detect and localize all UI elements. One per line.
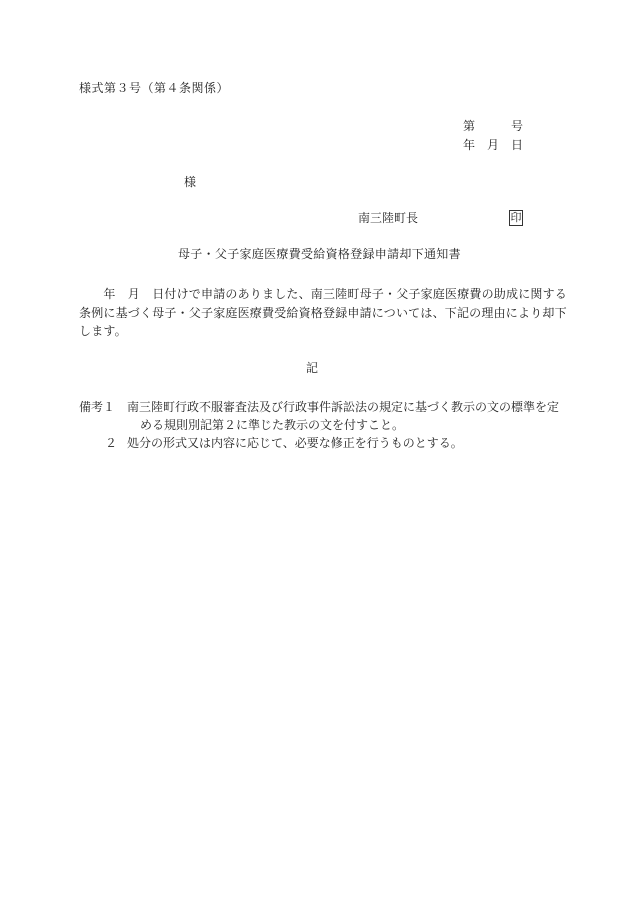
body-line: 条例に基づく母子・父子家庭医療費受給資格登録申請については、下記の理由により却下 <box>79 304 551 323</box>
notes-section: 備考１ 南三陸町行政不服審査法及び行政事件訴訟法の規定に基づく教示の文の標準を定… <box>79 398 551 452</box>
note-item-1: 備考１ 南三陸町行政不服審査法及び行政事件訴訟法の規定に基づく教示の文の標準を定 <box>79 398 551 416</box>
addressee: 様 <box>184 173 196 191</box>
note-item-2: ２ 処分の形式又は内容に応じて、必要な修正を行うものとする。 <box>79 434 551 452</box>
note-item-1-text: 南三陸町行政不服審査法及び行政事件訴訟法の規定に基づく教示の文の標準を定 <box>127 398 559 416</box>
ki-heading: 記 <box>306 359 318 377</box>
date-day: 日 <box>511 136 523 154</box>
document-title: 母子・父子家庭医療費受給資格登録申請却下通知書 <box>178 245 461 263</box>
body-line: 年 月 日付けで申請のありました、南三陸町母子・父子家庭医療費の助成に関する <box>79 285 551 304</box>
reference-number-suffix: 号 <box>511 117 523 135</box>
note-item-1-continued: める規則別記第２に準じた教示の文を付すこと。 <box>79 416 551 434</box>
seal-icon: 印 <box>509 210 523 226</box>
body-line: します。 <box>79 322 551 341</box>
note-item-1-text-cont: める規則別記第２に準じた教示の文を付すこと。 <box>140 416 404 434</box>
form-number: 様式第３号（第４条関係） <box>79 79 229 97</box>
issuer-name: 南三陸町長 <box>358 209 418 227</box>
date-month: 月 <box>487 136 499 154</box>
date-year: 年 <box>463 136 475 154</box>
note-item-2-number: ２ <box>105 434 117 452</box>
notes-label: 備考１ <box>79 398 115 416</box>
note-item-2-text: 処分の形式又は内容に応じて、必要な修正を行うものとする。 <box>127 434 463 452</box>
body-paragraph: 年 月 日付けで申請のありました、南三陸町母子・父子家庭医療費の助成に関する 条… <box>79 285 551 341</box>
reference-number-prefix: 第 <box>463 117 475 135</box>
